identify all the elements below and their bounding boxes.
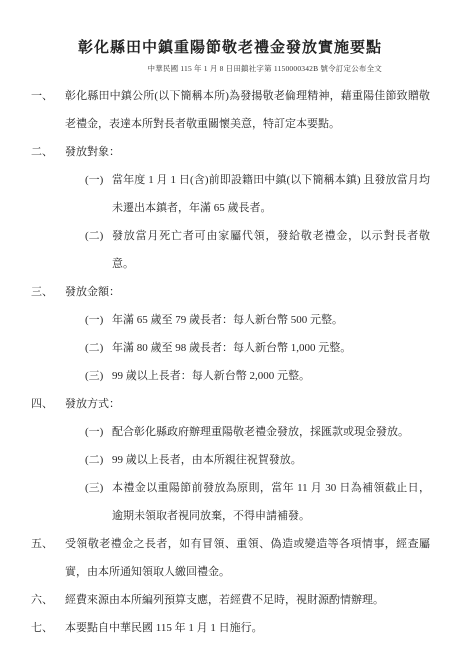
article-number: 七、 — [31, 614, 53, 642]
article-subitems: (一) 年滿 65 歲至 79 歲長者：每人新台幣 500 元整。 (二) 年滿… — [85, 306, 430, 390]
article-subitem: (一) 年滿 65 歲至 79 歲長者：每人新台幣 500 元整。 — [85, 306, 430, 334]
article-subitem: (三) 本禮金以重陽節前發放為原則，當年 11 月 30 日為補領截止日，逾期未… — [85, 474, 430, 530]
article: 六、 經費來源由本所編列預算支應，若經費不足時，視財源酌情辦理。 — [0, 586, 430, 614]
subitem-text: 配合彰化縣政府辦理重陽敬老禮金發放，採匯款或現金發放。 — [112, 418, 430, 446]
article-number: 五、 — [31, 530, 53, 558]
subitem-text: 99 歲以上長者，由本所親往祝賀發放。 — [112, 446, 430, 474]
subitem-number: (二) — [85, 334, 103, 362]
subitem-text: 當年度 1 月 1 日(含)前即設籍田中鎮(以下簡稱本鎮) 且發放當月均未遷出本… — [112, 166, 430, 222]
article-subitem: (二) 發放當月死亡者可由家屬代領，發給敬老禮金，以示對長者敬意。 — [85, 222, 430, 278]
article-subitems: (一) 當年度 1 月 1 日(含)前即設籍田中鎮(以下簡稱本鎮) 且發放當月均… — [85, 166, 430, 278]
subitem-number: (三) — [85, 474, 103, 502]
subitem-text: 年滿 80 歲至 98 歲長者：每人新台幣 1,000 元整。 — [112, 334, 430, 362]
article-text: 受領敬老禮金之長者，如有冒領、重領、偽造或變造等各項情事，經查屬實，由本所通知領… — [65, 530, 430, 586]
article: 四、 發放方式： (一) 配合彰化縣政府辦理重陽敬老禮金發放，採匯款或現金發放。… — [0, 390, 430, 530]
subitem-number: (二) — [85, 446, 103, 474]
article-number: 三、 — [31, 278, 53, 306]
article-number: 二、 — [31, 138, 53, 166]
article: 一、 彰化縣田中鎮公所(以下簡稱本所)為發揚敬老倫理精神，藉重陽佳節致贈敬老禮金… — [0, 82, 430, 138]
subitem-text: 發放當月死亡者可由家屬代領，發給敬老禮金，以示對長者敬意。 — [112, 222, 430, 278]
article: 五、 受領敬老禮金之長者，如有冒領、重領、偽造或變造等各項情事，經查屬實，由本所… — [0, 530, 430, 586]
subitem-number: (二) — [85, 222, 103, 250]
article: 三、 發放金額： (一) 年滿 65 歲至 79 歲長者：每人新台幣 500 元… — [0, 278, 430, 390]
article-subitem: (三) 99 歲以上長者：每人新台幣 2,000 元整。 — [85, 362, 430, 390]
articles-list: 一、 彰化縣田中鎮公所(以下簡稱本所)為發揚敬老倫理精神，藉重陽佳節致贈敬老禮金… — [0, 82, 460, 642]
article-text: 經費來源由本所編列預算支應，若經費不足時，視財源酌情辦理。 — [65, 586, 430, 614]
subitem-number: (一) — [85, 418, 103, 446]
article-number: 六、 — [31, 586, 53, 614]
article-text: 發放對象： — [65, 138, 430, 166]
article-subitem: (二) 99 歲以上長者，由本所親往祝賀發放。 — [85, 446, 430, 474]
subitem-number: (一) — [85, 166, 103, 194]
document-page: 彰化縣田中鎮重陽節敬老禮金發放實施要點 中華民國 115 年 1 月 8 日田鎮… — [0, 0, 460, 648]
document-title: 彰化縣田中鎮重陽節敬老禮金發放實施要點 — [0, 36, 460, 57]
article-number: 四、 — [31, 390, 53, 418]
article: 二、 發放對象： (一) 當年度 1 月 1 日(含)前即設籍田中鎮(以下簡稱本… — [0, 138, 430, 278]
article-subitem: (二) 年滿 80 歲至 98 歲長者：每人新台幣 1,000 元整。 — [85, 334, 430, 362]
article-number: 一、 — [31, 82, 53, 110]
subitem-number: (一) — [85, 306, 103, 334]
subitem-text: 本禮金以重陽節前發放為原則，當年 11 月 30 日為補領截止日，逾期未領取者視… — [112, 474, 430, 530]
article-subitems: (一) 配合彰化縣政府辦理重陽敬老禮金發放，採匯款或現金發放。 (二) 99 歲… — [85, 418, 430, 530]
promulgation-line: 中華民國 115 年 1 月 8 日田鎮社字第 1150000342B 號令訂定… — [0, 63, 460, 74]
subitem-number: (三) — [85, 362, 103, 390]
article-text: 彰化縣田中鎮公所(以下簡稱本所)為發揚敬老倫理精神，藉重陽佳節致贈敬老禮金，表達… — [65, 82, 430, 138]
subitem-text: 99 歲以上長者：每人新台幣 2,000 元整。 — [112, 362, 430, 390]
article-text: 發放方式： — [65, 390, 430, 418]
article-subitem: (一) 當年度 1 月 1 日(含)前即設籍田中鎮(以下簡稱本鎮) 且發放當月均… — [85, 166, 430, 222]
article-text: 本要點自中華民國 115 年 1 月 1 日施行。 — [65, 614, 430, 642]
article: 七、 本要點自中華民國 115 年 1 月 1 日施行。 — [0, 614, 430, 642]
article-subitem: (一) 配合彰化縣政府辦理重陽敬老禮金發放，採匯款或現金發放。 — [85, 418, 430, 446]
article-text: 發放金額： — [65, 278, 430, 306]
subitem-text: 年滿 65 歲至 79 歲長者：每人新台幣 500 元整。 — [112, 306, 430, 334]
